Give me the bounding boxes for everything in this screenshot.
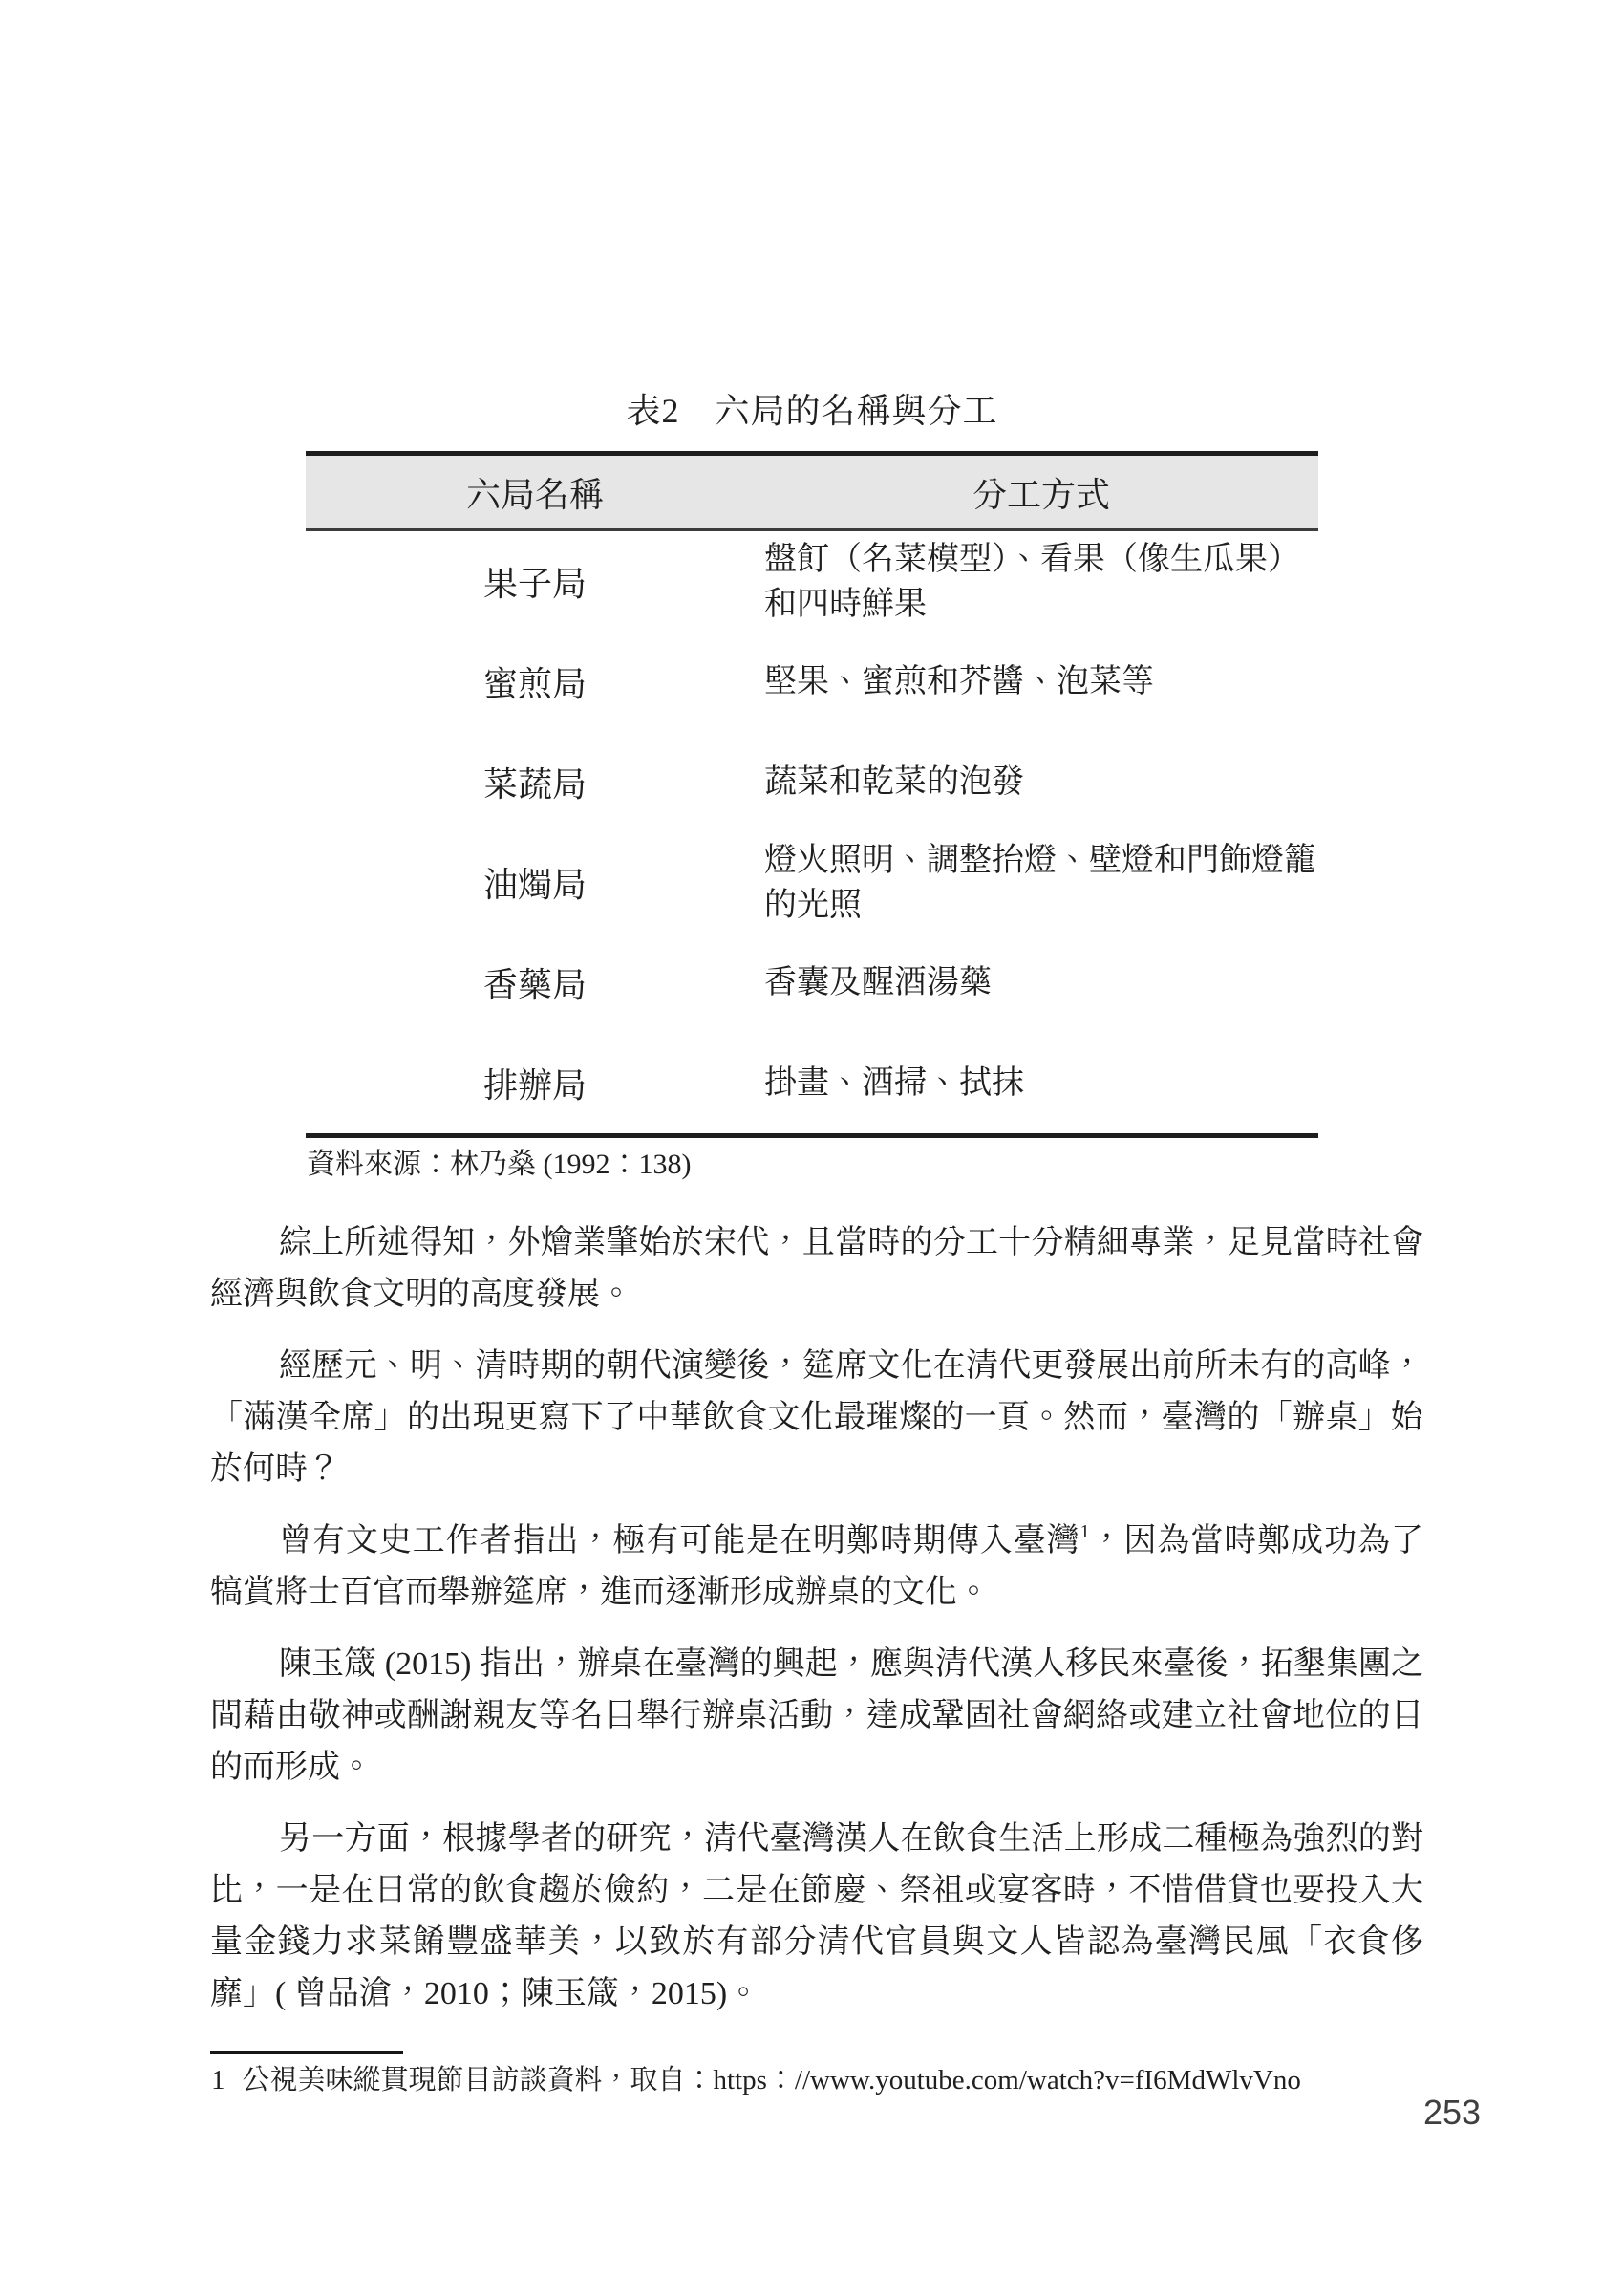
table-body: 果子局 盤飣（名菜模型）、看果（像生瓜果）和四時鮮果 蜜煎局 堅果、蜜煎和芥醬、… [306,531,1318,1133]
table-row: 香藥局 香囊及醒酒湯藥 [306,933,1318,1033]
table-row: 油燭局 燈火照明、調整抬燈、壁燈和門飾燈籠的光照 [306,832,1318,933]
cell-duty: 堅果、蜜煎和芥醬、泡菜等 [764,659,1318,704]
cell-bureau-name: 排辦局 [306,1059,764,1107]
paragraph-1: 綜上所述得知，外燴業肇始於宋代，且當時的分工十分精細專業，足見當時社會經濟與飲食… [210,1217,1423,1321]
document-page: 表2 六局的名稱與分工 六局名稱 分工方式 果子局 盤飣（名菜模型）、看果（像生… [0,0,1624,2278]
table-row: 果子局 盤飣（名菜模型）、看果（像生瓜果）和四時鮮果 [306,531,1318,632]
table-row: 菜蔬局 蔬菜和乾菜的泡發 [306,732,1318,832]
table-caption: 表2 六局的名稱與分工 [0,390,1624,432]
paragraph-2: 經歷元、明、清時期的朝代演變後，筵席文化在清代更發展出前所未有的高峰，「滿漢全席… [210,1341,1423,1495]
footnote: 1公視美味縱貫現節目訪談資料，取自：https：//www.youtube.co… [211,2062,1453,2098]
table-header-row: 六局名稱 分工方式 [306,456,1318,531]
footnote-number: 1 [211,2062,225,2098]
cell-bureau-name: 果子局 [306,557,764,606]
cell-duty: 掛畫、酒掃、拭抹 [764,1061,1318,1106]
footnote-reference-superscript: 1 [1080,1521,1090,1542]
header-cell-bureau-name: 六局名稱 [306,468,764,517]
cell-bureau-name: 油燭局 [306,858,764,907]
cell-bureau-name: 蜜煎局 [306,657,764,706]
body-text: 綜上所述得知，外燴業肇始於宋代，且當時的分工十分精細專業，足見當時社會經濟與飲食… [210,1217,1423,2040]
cell-duty: 香囊及醒酒湯藥 [764,960,1318,1005]
table-source: 資料來源：林乃燊 (1992：138) [307,1147,691,1183]
paragraph-5: 另一方面，根據學者的研究，清代臺灣漢人在飲食生活上形成二種極為強烈的對比，一是在… [210,1814,1423,2020]
header-cell-duty: 分工方式 [764,468,1318,517]
cell-duty: 燈火照明、調整抬燈、壁燈和門飾燈籠的光照 [764,838,1318,928]
six-bureaus-table: 六局名稱 分工方式 果子局 盤飣（名菜模型）、看果（像生瓜果）和四時鮮果 蜜煎局… [306,451,1318,1138]
table-row: 排辦局 掛畫、酒掃、拭抹 [306,1033,1318,1133]
paragraph-4: 陳玉箴 (2015) 指出，辦桌在臺灣的興起，應與清代漢人移民來臺後，拓墾集團之… [210,1639,1423,1794]
paragraph-3: 曾有文史工作者指出，極有可能是在明鄭時期傳入臺灣1，因為當時鄭成功為了犒賞將士百… [210,1515,1423,1619]
page-number: 253 [1423,2093,1481,2133]
cell-duty: 蔬菜和乾菜的泡發 [764,760,1318,805]
footnote-divider [210,2051,403,2054]
table-row: 蜜煎局 堅果、蜜煎和芥醬、泡菜等 [306,632,1318,732]
cell-duty: 盤飣（名菜模型）、看果（像生瓜果）和四時鮮果 [764,537,1318,627]
paragraph-3-text: 曾有文史工作者指出，極有可能是在明鄭時期傳入臺灣 [279,1523,1080,1558]
cell-bureau-name: 菜蔬局 [306,758,764,806]
cell-bureau-name: 香藥局 [306,958,764,1007]
footnote-text: 公視美味縱貫現節目訪談資料，取自：https：//www.youtube.com… [243,2065,1301,2095]
